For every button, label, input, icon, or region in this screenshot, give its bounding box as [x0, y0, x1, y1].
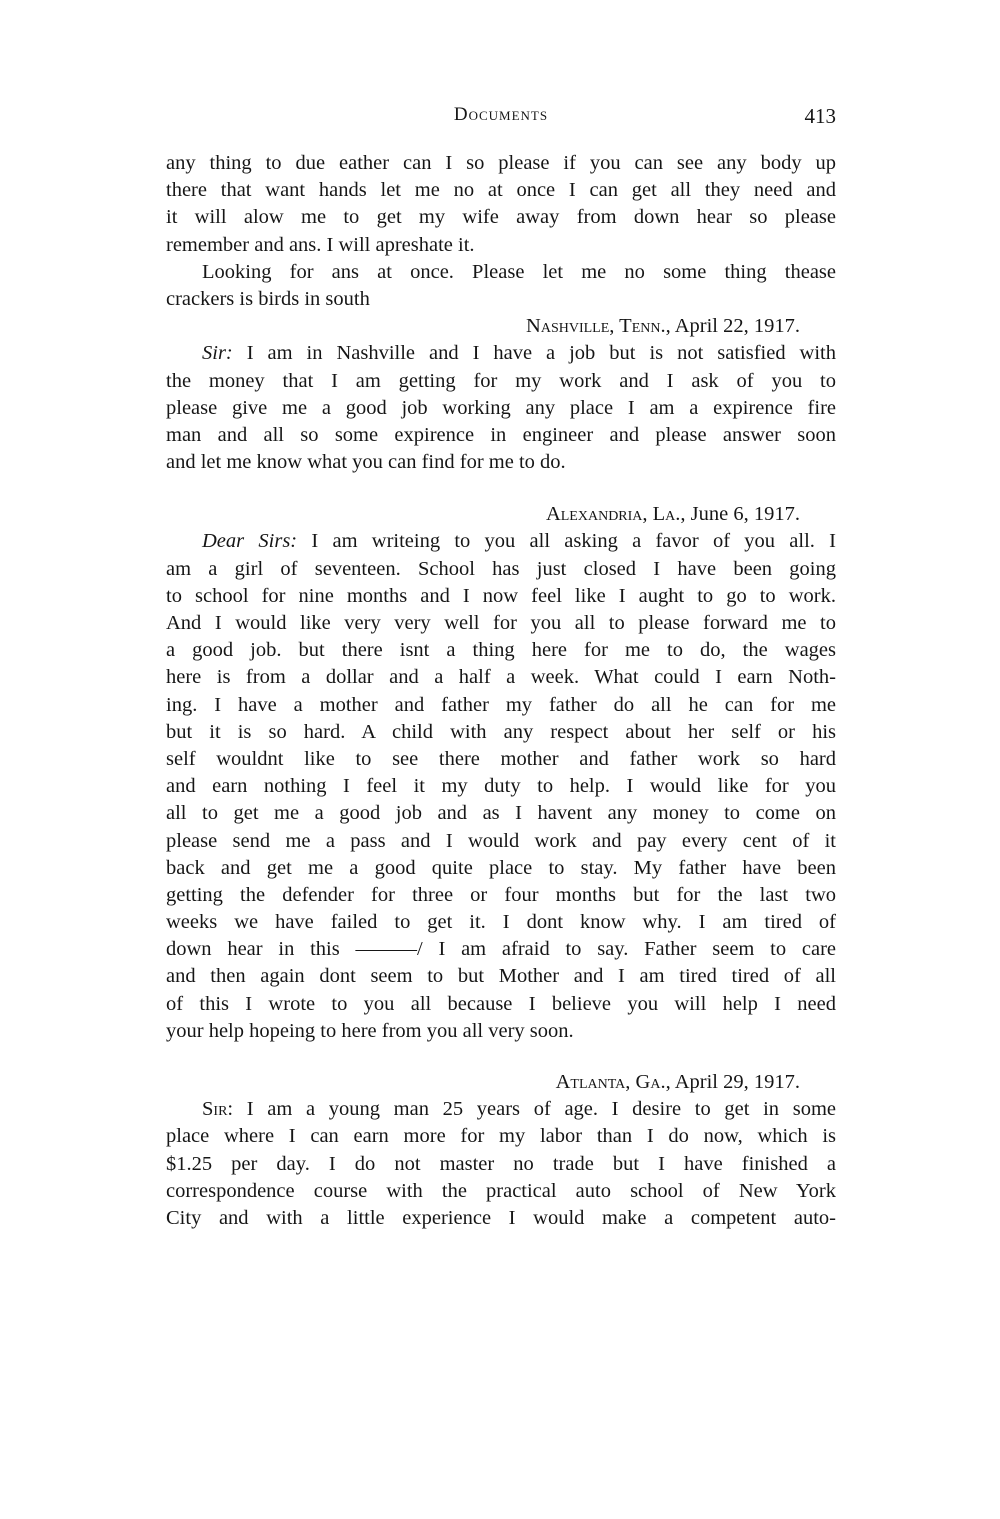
text-line: ing. I have a mother and father my fathe… — [166, 692, 836, 719]
text-line: but it is so hard. A child with any resp… — [166, 719, 836, 746]
text-line: place where I can earn more for my labor… — [166, 1123, 836, 1150]
text-line: Sir: I am in Nashville and I have a job … — [166, 340, 836, 367]
salutation: Sir: — [202, 342, 233, 364]
text-line: here is from a dollar and a half a week.… — [166, 664, 836, 691]
text-line: And I would like very very well for you … — [166, 610, 836, 637]
dateline-date: April 22, 1917. — [675, 315, 800, 337]
text-line: Dear Sirs: I am writeing to you all aski… — [166, 528, 836, 555]
salutation: Dear Sirs: — [202, 530, 297, 552]
text-line: it will alow me to get my wife away from… — [166, 204, 836, 231]
text-line: remember and ans. I will apreshate it. — [166, 232, 836, 259]
salutation: Sir: — [202, 1098, 233, 1120]
text-line: your help hopeing to here from you all v… — [166, 1018, 836, 1045]
text-line: City and with a little experience I woul… — [166, 1205, 836, 1232]
text-line: please give me a good job working any pl… — [166, 395, 836, 422]
text-line: $1.25 per day. I do not master no trade … — [166, 1151, 836, 1178]
letter-alexandria: Alexandria, La., June 6, 1917. Dear Sirs… — [166, 501, 836, 1045]
dateline-place: Atlanta, Ga., — [556, 1071, 671, 1093]
text-line: weeks we have failed to get it. I dont k… — [166, 909, 836, 936]
text-line: crackers is birds in south — [166, 286, 836, 313]
text-line: all to get me a good job and as I havent… — [166, 800, 836, 827]
text-span: I am writeing to you all asking a favor … — [297, 530, 836, 552]
text-line: back and get me a good quite place to st… — [166, 855, 836, 882]
letter-continuation: any thing to due eather can I so please … — [166, 150, 836, 313]
dateline: Nashville, Tenn., April 22, 1917. — [166, 313, 836, 340]
text-line: man and all so some expirence in enginee… — [166, 422, 836, 449]
text-line: and then again dont seem to but Mother a… — [166, 963, 836, 990]
page-body: any thing to due eather can I so please … — [166, 150, 836, 1232]
text-line: and earn nothing I feel it my duty to he… — [166, 773, 836, 800]
dateline-date: April 29, 1917. — [675, 1071, 800, 1093]
page-number: 413 — [805, 104, 837, 129]
dateline-place: Nashville, Tenn., — [526, 315, 671, 337]
text-line: Sir: I am a young man 25 years of age. I… — [166, 1096, 836, 1123]
text-line: and let me know what you can find for me… — [166, 449, 836, 476]
dateline: Atlanta, Ga., April 29, 1917. — [166, 1069, 836, 1096]
text-line: self wouldnt like to see there mother an… — [166, 746, 836, 773]
text-span: I am in Nashville and I have a job but i… — [233, 342, 836, 364]
text-line: please send me a pass and I would work a… — [166, 828, 836, 855]
text-line: to school for nine months and I now feel… — [166, 583, 836, 610]
letter-atlanta: Atlanta, Ga., April 29, 1917. Sir: I am … — [166, 1069, 836, 1232]
text-line: of this I wrote to you all because I bel… — [166, 991, 836, 1018]
dateline: Alexandria, La., June 6, 1917. — [166, 501, 836, 528]
text-line: down hear in this ———/ I am afraid to sa… — [166, 936, 836, 963]
document-page: Documents 413 any thing to due eather ca… — [0, 0, 1000, 1519]
page-header: Documents 413 — [166, 104, 836, 132]
text-line: am a girl of seventeen. School has just … — [166, 556, 836, 583]
text-line: a good job. but there isnt a thing here … — [166, 637, 836, 664]
running-head: Documents — [166, 104, 836, 126]
text-line: there that want hands let me no at once … — [166, 177, 836, 204]
text-span: I am a young man 25 years of age. I desi… — [233, 1098, 836, 1120]
text-line: getting the defender for three or four m… — [166, 882, 836, 909]
dateline-place: Alexandria, La., — [546, 503, 686, 525]
text-line: the money that I am getting for my work … — [166, 368, 836, 395]
text-line: correspondence course with the practical… — [166, 1178, 836, 1205]
text-line: any thing to due eather can I so please … — [166, 150, 836, 177]
letter-nashville: Nashville, Tenn., April 22, 1917. Sir: I… — [166, 313, 836, 476]
dateline-date: June 6, 1917. — [691, 503, 800, 525]
text-line: Looking for ans at once. Please let me n… — [166, 259, 836, 286]
